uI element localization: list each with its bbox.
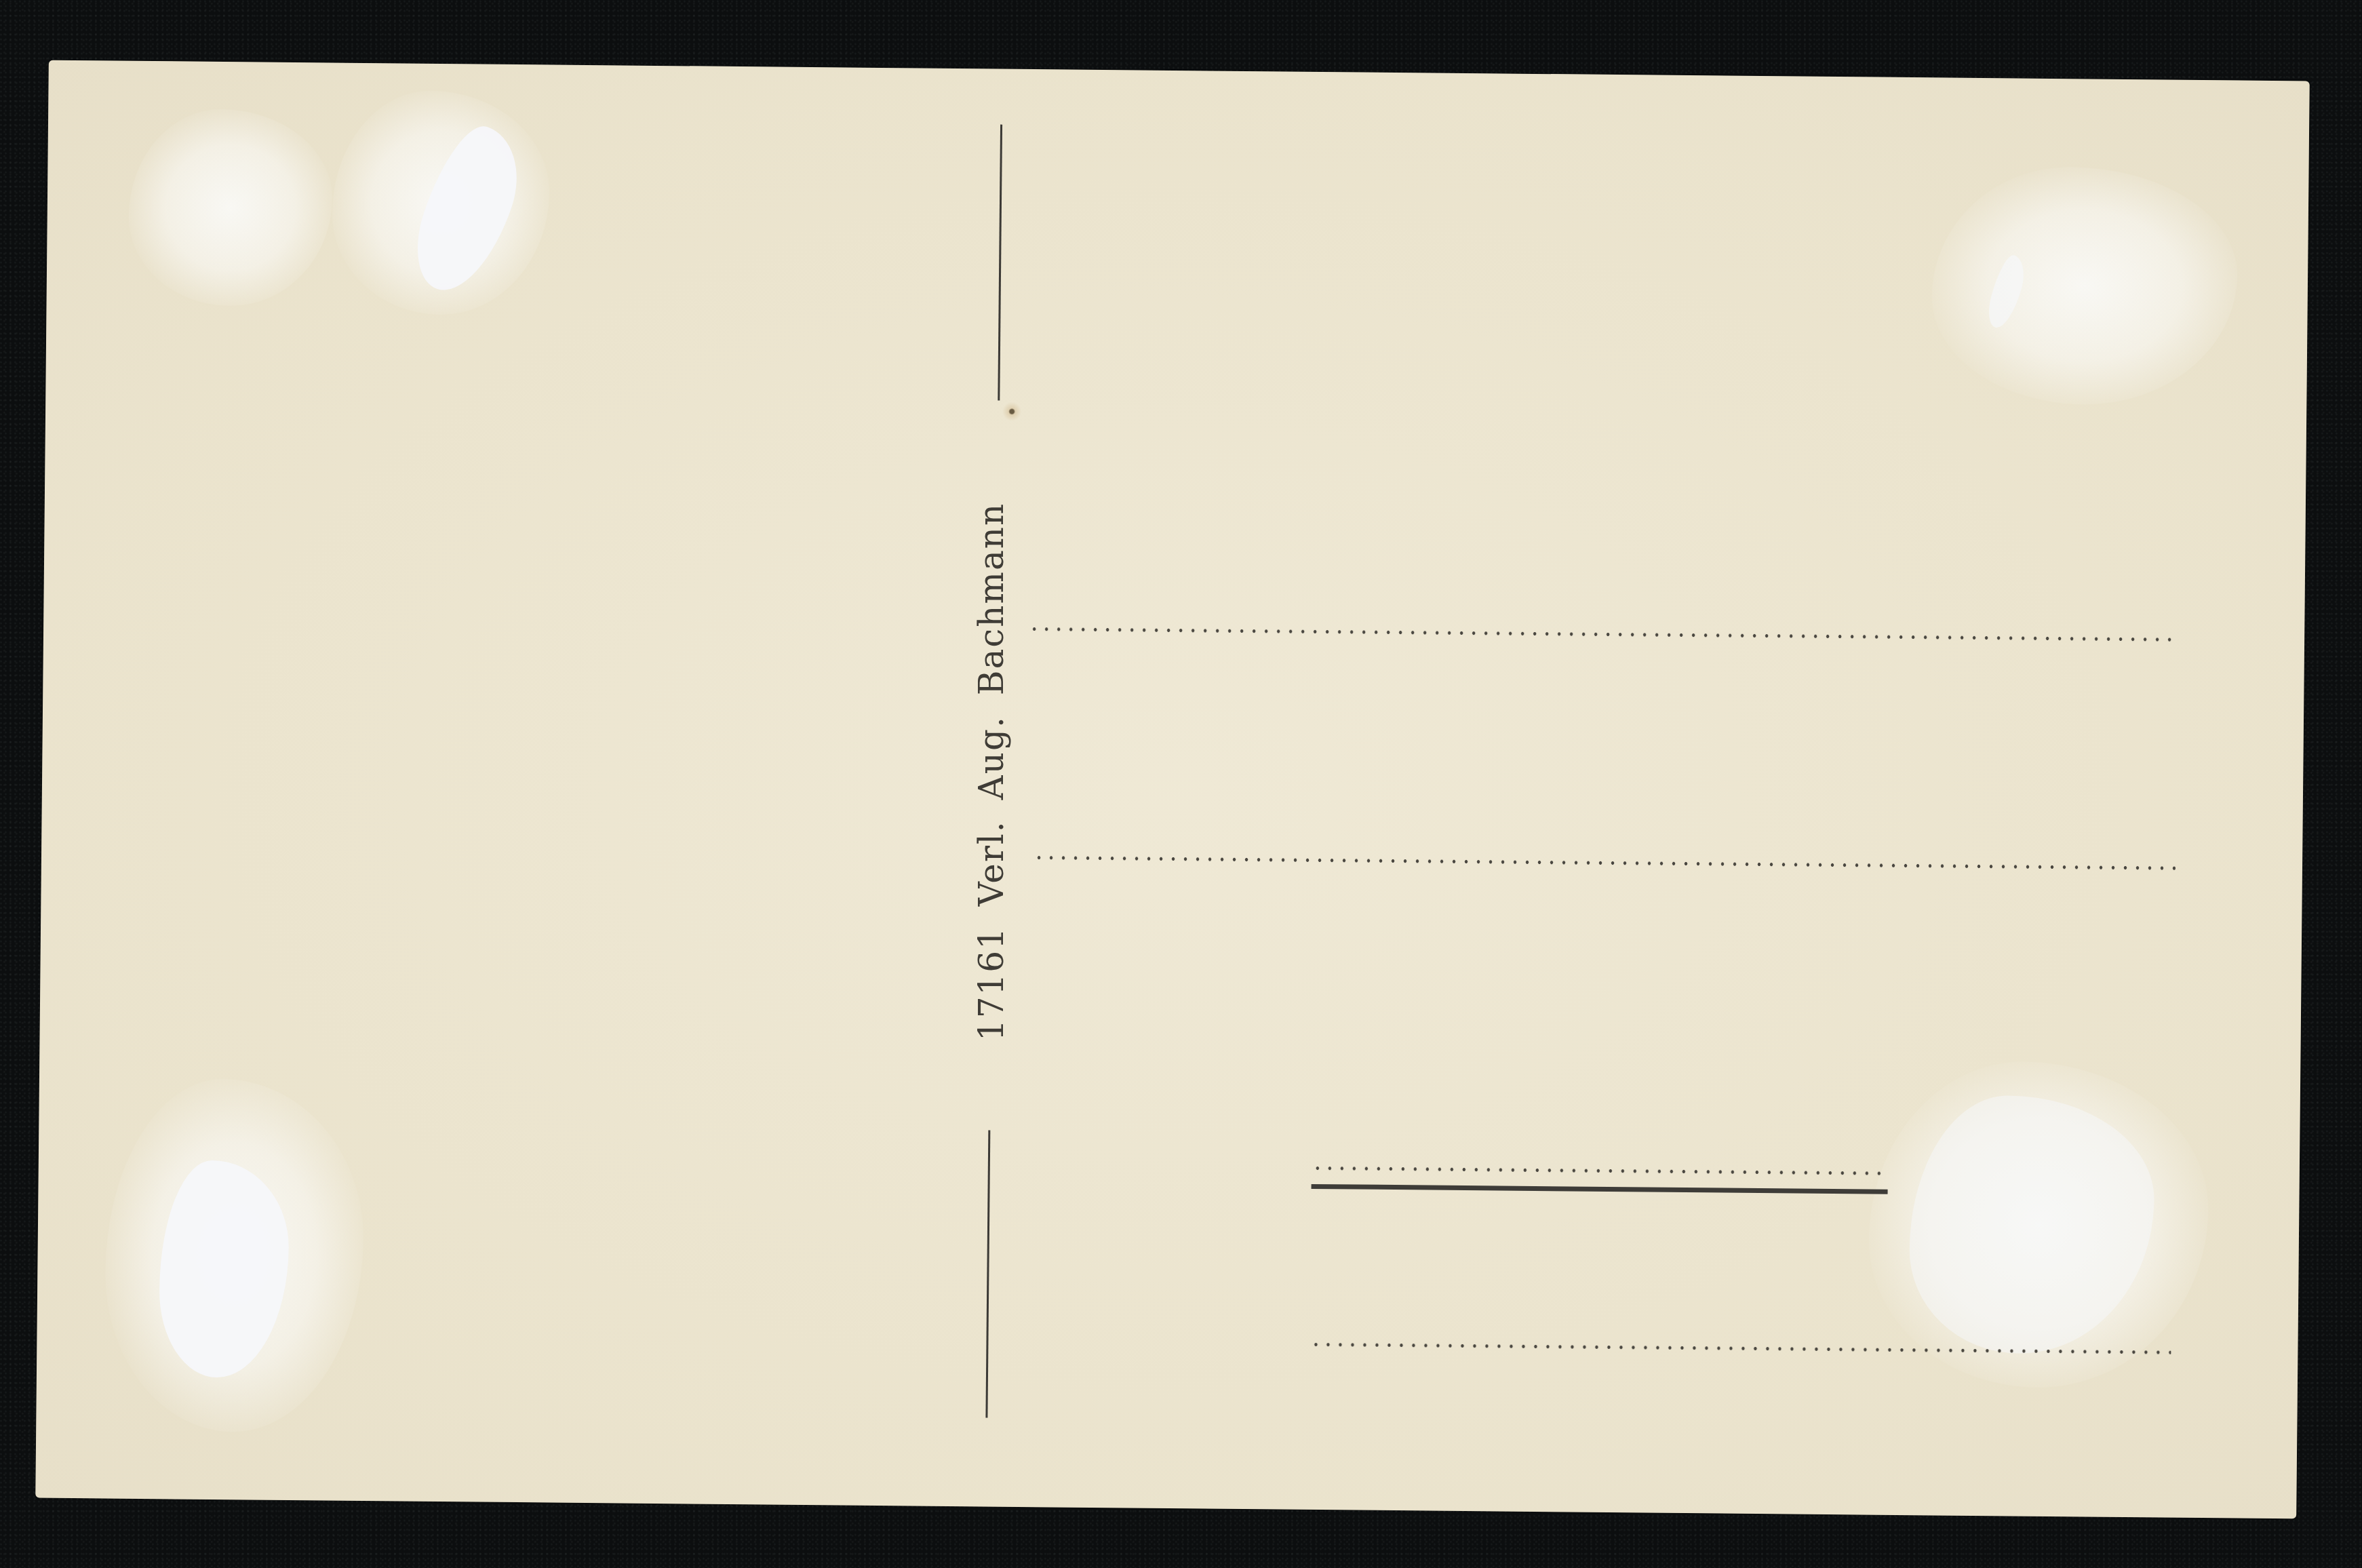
publisher-imprint: 17161 Verl. Aug. Bachmann — [972, 503, 1011, 1041]
ink-stain — [1002, 401, 1022, 422]
postcard-back — [35, 60, 2309, 1519]
